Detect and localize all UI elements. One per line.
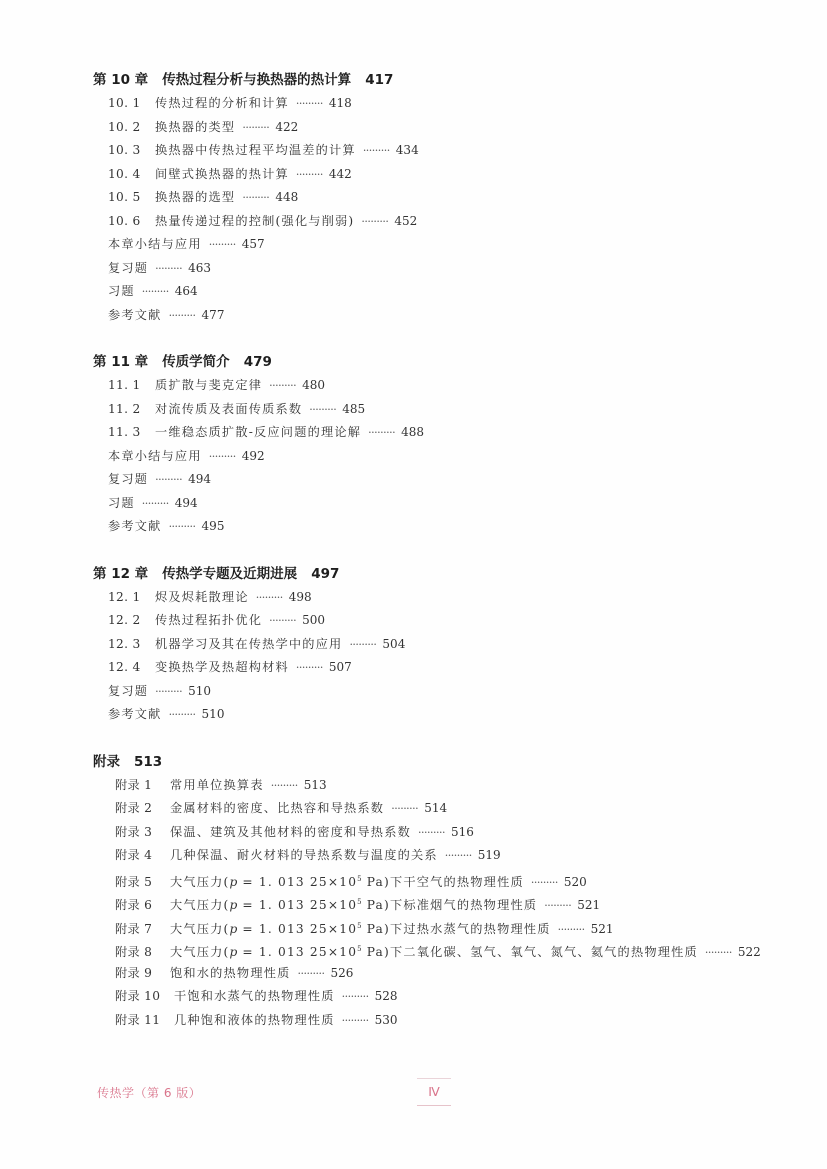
leader-dots: ········· [309,403,336,416]
section-page: 452 [394,214,417,228]
leader-dots: ········· [155,473,182,486]
section-title: 习题 [108,284,135,298]
section-title: 烬及烬耗散理论 [155,590,249,604]
section-page: 521 [577,898,600,912]
section-page: 464 [175,284,198,298]
section-title: 换热器中传热过程平均温差的计算 [155,143,356,157]
toc-entry[interactable]: 附录 8大气压力(p = 1. 013 25×105 Pa)下二氧化碳、氢气、氧… [93,938,793,962]
leader-dots: ········· [531,876,558,889]
toc-entry[interactable]: 10. 5换热器的选型·········448 [93,186,793,210]
chapter-label: 附录 [93,754,120,770]
leader-dots: ········· [242,121,269,134]
section-title: 复习题 [108,472,148,486]
chapter-heading[interactable]: 第 11 章传质学简介479 [93,350,793,374]
document-page: 第 10 章传热过程分析与换热器的热计算417 10. 1传热过程的分析和计算·… [0,0,827,1169]
section-page: 480 [302,378,325,392]
toc-entry[interactable]: 10. 3换热器中传热过程平均温差的计算·········434 [93,139,793,163]
section-page: 522 [738,945,761,959]
appendix-section: 附录513 附录 1常用单位换算表·········513 附录 2金属材料的密… [93,750,793,1033]
section-page: 485 [342,402,365,416]
section-title: 传热过程拓扑优化 [155,613,262,627]
section-title: 大气压力(p = 1. 013 25×105 Pa)下标准烟气的热物理性质 [170,898,537,912]
toc-entry[interactable]: 习题·········494 [93,492,793,516]
appendix-number: 附录 10 [115,985,170,1009]
page-number: Ⅳ [417,1078,451,1106]
chapter-10: 第 10 章传热过程分析与换热器的热计算417 10. 1传热过程的分析和计算·… [93,68,793,327]
section-title: 参考文献 [108,519,162,533]
leader-dots: ········· [142,285,169,298]
section-title: 干饱和水蒸气的热物理性质 [174,989,335,1003]
chapter-title: 传热学专题及近期进展 [162,566,297,582]
chapter-title: 传热过程分析与换热器的热计算 [162,72,351,88]
leader-dots: ········· [155,262,182,275]
chapter-page: 479 [244,354,272,370]
leader-dots: ········· [269,379,296,392]
section-page: 492 [242,449,265,463]
chapter-label: 第 10 章 [93,72,148,88]
section-page: 520 [564,875,587,889]
toc-entry[interactable]: 复习题·········510 [93,680,793,704]
leader-dots: ········· [242,191,269,204]
section-number: 10. 3 [108,139,155,163]
toc-entry[interactable]: 10. 4间壁式换热器的热计算·········442 [93,163,793,187]
section-number: 12. 4 [108,656,155,680]
toc-entry[interactable]: 本章小结与应用·········457 [93,233,793,257]
appendix-number: 附录 2 [115,797,170,821]
toc-entry[interactable]: 附录 9饱和水的热物理性质·········526 [93,962,793,986]
toc-entry[interactable]: 复习题·········494 [93,468,793,492]
chapter-heading[interactable]: 附录513 [93,750,793,774]
leader-dots: ········· [269,614,296,627]
leader-dots: ········· [391,802,418,815]
section-page: 442 [329,167,352,181]
chapter-label: 第 12 章 [93,566,148,582]
leader-dots: ········· [418,826,445,839]
section-page: 494 [175,496,198,510]
toc-entry[interactable]: 附录 1常用单位换算表·········513 [93,774,793,798]
toc-entry[interactable]: 附录 2金属材料的密度、比热容和导热系数·········514 [93,797,793,821]
toc-entry[interactable]: 附录 7大气压力(p = 1. 013 25×105 Pa)下过热水蒸气的热物理… [93,915,793,939]
section-title: 复习题 [108,261,148,275]
section-title: 换热器的类型 [155,120,235,134]
section-title: 质扩散与斐克定律 [155,378,262,392]
section-number: 11. 1 [108,374,155,398]
leader-dots: ········· [169,708,196,721]
section-page: 434 [396,143,419,157]
section-number: 11. 2 [108,398,155,422]
section-title: 习题 [108,496,135,510]
section-number: 12. 1 [108,586,155,610]
leader-dots: ········· [544,899,571,912]
toc-entry[interactable]: 10. 2换热器的类型·········422 [93,116,793,140]
section-number: 12. 2 [108,609,155,633]
section-title: 大气压力(p = 1. 013 25×105 Pa)下干空气的热物理性质 [170,875,524,889]
book-title: 传热学（第 6 版） [97,1084,201,1101]
leader-dots: ········· [209,450,236,463]
section-page: 526 [330,966,353,980]
section-title: 大气压力(p = 1. 013 25×105 Pa)下二氧化碳、氢气、氧气、氮气… [170,945,698,959]
leader-dots: ········· [342,1014,369,1027]
section-title: 饱和水的热物理性质 [170,966,291,980]
leader-dots: ········· [256,591,283,604]
section-page: 498 [289,590,312,604]
leader-dots: ········· [209,238,236,251]
section-page: 495 [202,519,225,533]
leader-dots: ········· [361,215,388,228]
section-page: 504 [382,637,405,651]
appendix-number: 附录 11 [115,1009,170,1033]
toc-entry[interactable]: 12. 1烬及烬耗散理论·········498 [93,586,793,610]
toc-entry[interactable]: 12. 4变换热学及热超构材料·········507 [93,656,793,680]
leader-dots: ········· [298,967,325,980]
chapter-heading[interactable]: 第 10 章传热过程分析与换热器的热计算417 [93,68,793,92]
leader-dots: ········· [368,426,395,439]
section-page: 500 [302,613,325,627]
toc-entry[interactable]: 习题·········464 [93,280,793,304]
table-of-contents: 第 10 章传热过程分析与换热器的热计算417 10. 1传热过程的分析和计算·… [93,68,793,1055]
appendix-number: 附录 3 [115,821,170,845]
section-page: 521 [591,922,614,936]
toc-entry[interactable]: 12. 2传热过程拓扑优化·········500 [93,609,793,633]
section-title: 换热器的选型 [155,190,235,204]
section-page: 507 [329,660,352,674]
section-page: 422 [275,120,298,134]
chapter-page: 513 [134,754,162,770]
page-footer: 传热学（第 6 版） Ⅳ [0,1078,827,1118]
section-number: 10. 5 [108,186,155,210]
section-number: 10. 6 [108,210,155,234]
section-number: 10. 1 [108,92,155,116]
section-page: 530 [375,1013,398,1027]
toc-entry[interactable]: 10. 1传热过程的分析和计算·········418 [93,92,793,116]
section-page: 418 [329,96,352,110]
section-title: 热量传递过程的控制(强化与削弱) [155,214,354,228]
section-title: 几种饱和液体的热物理性质 [174,1013,335,1027]
chapter-title: 传质学简介 [162,354,230,370]
chapter-page: 497 [311,566,339,582]
chapter-11: 第 11 章传质学简介479 11. 1质扩散与斐克定律·········480… [93,350,793,539]
toc-entry[interactable]: 12. 3机器学习及其在传热学中的应用·········504 [93,633,793,657]
section-number: 10. 4 [108,163,155,187]
toc-entry[interactable]: 参考文献·········477 [93,304,793,328]
appendix-number: 附录 1 [115,774,170,798]
toc-entry[interactable]: 附录 5大气压力(p = 1. 013 25×105 Pa)下干空气的热物理性质… [93,868,793,892]
section-title: 复习题 [108,684,148,698]
leader-dots: ········· [155,685,182,698]
leader-dots: ········· [296,97,323,110]
chapter-label: 第 11 章 [93,354,148,370]
leader-dots: ········· [169,520,196,533]
chapter-heading[interactable]: 第 12 章传热学专题及近期进展497 [93,562,793,586]
section-page: 463 [188,261,211,275]
toc-entry[interactable]: 附录 11几种饱和液体的热物理性质·········530 [93,1009,793,1033]
leader-dots: ········· [142,497,169,510]
section-title: 本章小结与应用 [108,449,202,463]
toc-entry[interactable]: 附录 4几种保温、耐火材料的导热系数与温度的关系·········519 [93,844,793,868]
toc-entry[interactable]: 附录 10干饱和水蒸气的热物理性质·········528 [93,985,793,1009]
leader-dots: ········· [271,779,298,792]
toc-entry[interactable]: 参考文献·········510 [93,703,793,727]
toc-entry[interactable]: 附录 3保温、建筑及其他材料的密度和导热系数·········516 [93,821,793,845]
section-title: 几种保温、耐火材料的导热系数与温度的关系 [170,848,438,862]
section-page: 488 [401,425,424,439]
toc-entry[interactable]: 参考文献·········495 [93,515,793,539]
section-title: 本章小结与应用 [108,237,202,251]
toc-entry[interactable]: 11. 2对流传质及表面传质系数·········485 [93,398,793,422]
leader-dots: ········· [558,923,585,936]
section-title: 机器学习及其在传热学中的应用 [155,637,342,651]
chapter-12: 第 12 章传热学专题及近期进展497 12. 1烬及烬耗散理论········… [93,562,793,727]
section-page: 510 [202,707,225,721]
toc-entry[interactable]: 附录 6大气压力(p = 1. 013 25×105 Pa)下标准烟气的热物理性… [93,891,793,915]
toc-entry[interactable]: 本章小结与应用·········492 [93,445,793,469]
section-page: 514 [424,801,447,815]
section-number: 11. 3 [108,421,155,445]
appendix-number: 附录 9 [115,962,170,986]
chapter-page: 417 [365,72,393,88]
toc-entry[interactable]: 11. 3一维稳态质扩散-反应问题的理论解·········488 [93,421,793,445]
section-title: 参考文献 [108,707,162,721]
leader-dots: ········· [445,849,472,862]
section-page: 528 [375,989,398,1003]
section-page: 513 [304,778,327,792]
leader-dots: ········· [169,309,196,322]
toc-entry[interactable]: 11. 1质扩散与斐克定律·········480 [93,374,793,398]
section-title: 金属材料的密度、比热容和导热系数 [170,801,384,815]
section-page: 477 [202,308,225,322]
appendix-number: 附录 4 [115,844,170,868]
section-number: 12. 3 [108,633,155,657]
section-title: 间壁式换热器的热计算 [155,167,289,181]
section-title: 传热过程的分析和计算 [155,96,289,110]
section-page: 519 [478,848,501,862]
section-page: 494 [188,472,211,486]
leader-dots: ········· [363,144,390,157]
toc-entry[interactable]: 10. 6热量传递过程的控制(强化与削弱)·········452 [93,210,793,234]
leader-dots: ········· [296,661,323,674]
leader-dots: ········· [342,990,369,1003]
section-number: 10. 2 [108,116,155,140]
section-title: 常用单位换算表 [170,778,264,792]
section-title: 参考文献 [108,308,162,322]
section-title: 一维稳态质扩散-反应问题的理论解 [155,425,361,439]
section-page: 516 [451,825,474,839]
leader-dots: ········· [349,638,376,651]
section-title: 变换热学及热超构材料 [155,660,289,674]
leader-dots: ········· [296,168,323,181]
appendix-number: 附录 6 [115,894,170,918]
section-title: 对流传质及表面传质系数 [155,402,302,416]
section-title: 大气压力(p = 1. 013 25×105 Pa)下过热水蒸气的热物理性质 [170,922,551,936]
leader-dots: ········· [705,946,732,959]
toc-entry[interactable]: 复习题·········463 [93,257,793,281]
section-page: 448 [275,190,298,204]
section-title: 保温、建筑及其他材料的密度和导热系数 [170,825,411,839]
section-page: 457 [242,237,265,251]
section-page: 510 [188,684,211,698]
